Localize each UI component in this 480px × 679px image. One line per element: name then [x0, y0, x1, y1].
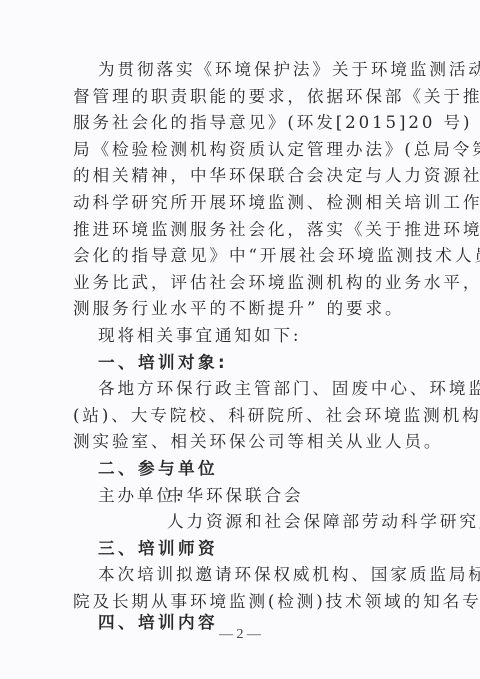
- section-heading-2: 二、参与单位: [98, 458, 438, 480]
- paragraph-line: 推进环境监测服务社会化，落实《关于推进环境监测服务社: [73, 219, 413, 241]
- paragraph-line: 测实验室、相关环保公司等相关从业人员。: [73, 431, 413, 453]
- section-heading-3: 三、培训师资: [98, 538, 438, 560]
- paragraph-line: 本次培训拟邀请环保权威机构、国家质监局标准化研究: [98, 564, 438, 586]
- section-heading-1: 一、培训对象:: [98, 352, 438, 374]
- paragraph-line: 各地方环保行政主管部门、固废中心、环境监测中心: [98, 378, 438, 400]
- paragraph-line: 业务比武，评估社会环境监测机构的业务水平，促进环境监: [73, 272, 413, 294]
- paragraph-line: 局《检验检测机构资质认定管理办法》(总局令第 163 号): [73, 139, 413, 161]
- paragraph-line: 服务社会化的指导意见》(环发[2015]20 号) 及国家质检总: [73, 112, 413, 134]
- paragraph-line: 的相关精神，中华环保联合会决定与人力资源社会保障部劳: [73, 165, 413, 187]
- paragraph-line: 督管理的职责职能的要求，依据环保部《关于推进环境监测: [73, 86, 413, 108]
- organizer-1: 中华环保联合会: [167, 485, 480, 507]
- intro-text: 现将相关事宜通知如下:: [98, 325, 438, 347]
- paragraph-line: 会化的指导意见》中“开展社会环境监测技术人员业务培训、: [73, 245, 413, 267]
- organizer-label: 主办单位:: [98, 485, 168, 507]
- paragraph-line: 为贯彻落实《环境保护法》关于环境监测活动和统一监: [98, 59, 438, 81]
- paragraph-line: 院及长期从事环境监测(检测)技术领域的知名专家主讲。: [73, 591, 413, 613]
- organizer-2: 人力资源和社会保障部劳动科学研究所: [167, 511, 480, 533]
- paragraph-line: 测服务行业水平的不断提升” 的要求。: [73, 298, 413, 320]
- paragraph-line: (站)、大专院校、科研院所、社会环境监测机构、环境检: [73, 405, 413, 427]
- document-page: 为贯彻落实《环境保护法》关于环境监测活动和统一监 督管理的职责职能的要求，依据环…: [0, 0, 480, 679]
- page-number: — 2 —: [0, 627, 480, 643]
- paragraph-line: 动科学研究所开展环境监测、检测相关培训工作。旨在有效: [73, 192, 413, 214]
